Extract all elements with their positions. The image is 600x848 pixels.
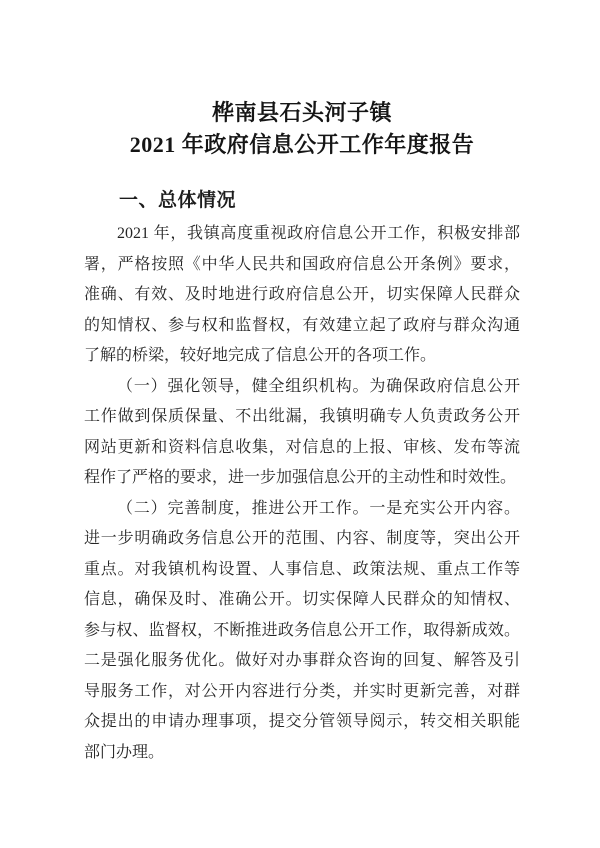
text-line: 二是强化服务优化。做好对办事群众咨询的回复、解答及引 [84, 646, 520, 677]
text-line: 导服务工作，对公开内容进行分类，并实时更新完善，对群 [84, 677, 520, 708]
section-heading: 一、总体情况 [119, 188, 236, 214]
text-line: 2021 年，我镇高度重视政府信息公开工作，积极安排部 [84, 219, 520, 250]
text-line: 重点。对我镇机构设置、人事信息、政策法规、重点工作等 [84, 555, 520, 586]
text-line: 众提出的申请办理事项，提交分管领导阅示，转交相关职能 [84, 707, 520, 738]
paragraph-1: 2021 年，我镇高度重视政府信息公开工作，积极安排部 署，严格按照《中华人民共… [84, 219, 520, 372]
text-line: 署，严格按照《中华人民共和国政府信息公开条例》要求， [84, 250, 520, 281]
title-line-2: 2021 年政府信息公开工作年度报告 [84, 129, 520, 161]
title-line-1: 桦南县石头河子镇 [84, 97, 520, 129]
text-line: 准确、有效、及时地进行政府信息公开，切实保障人民群众 [84, 280, 520, 311]
text-line: （二）完善制度，推进公开工作。一是充实公开内容。 [84, 494, 520, 525]
text-line: （一）强化领导，健全组织机构。为确保政府信息公开 [84, 372, 520, 403]
text-line: 网站更新和资料信息收集，对信息的上报、审核、发布等流 [84, 433, 520, 464]
document-title: 桦南县石头河子镇 2021 年政府信息公开工作年度报告 [84, 97, 520, 161]
text-line: 进一步明确政务信息公开的范围、内容、制度等，突出公开 [84, 524, 520, 555]
text-line: 参与权、监督权，不断推进政务信息公开工作，取得新成效。 [84, 616, 520, 647]
text-line: 了解的桥梁，较好地完成了信息公开的各项工作。 [84, 341, 520, 372]
document-body: 2021 年，我镇高度重视政府信息公开工作，积极安排部 署，严格按照《中华人民共… [84, 219, 520, 768]
text-line: 部门办理。 [84, 738, 520, 769]
text-line: 信息，确保及时、准确公开。切实保障人民群众的知情权、 [84, 585, 520, 616]
document-page: 桦南县石头河子镇 2021 年政府信息公开工作年度报告 一、总体情况 2021 … [0, 0, 600, 848]
text-line: 程作了严格的要求，进一步加强信息公开的主动性和时效性。 [84, 463, 520, 494]
text-line: 的知情权、参与权和监督权，有效建立起了政府与群众沟通 [84, 311, 520, 342]
paragraph-3: （二）完善制度，推进公开工作。一是充实公开内容。 进一步明确政务信息公开的范围、… [84, 494, 520, 769]
text-line: 工作做到保质保量、不出纰漏，我镇明确专人负责政务公开 [84, 402, 520, 433]
paragraph-2: （一）强化领导，健全组织机构。为确保政府信息公开 工作做到保质保量、不出纰漏，我… [84, 372, 520, 494]
